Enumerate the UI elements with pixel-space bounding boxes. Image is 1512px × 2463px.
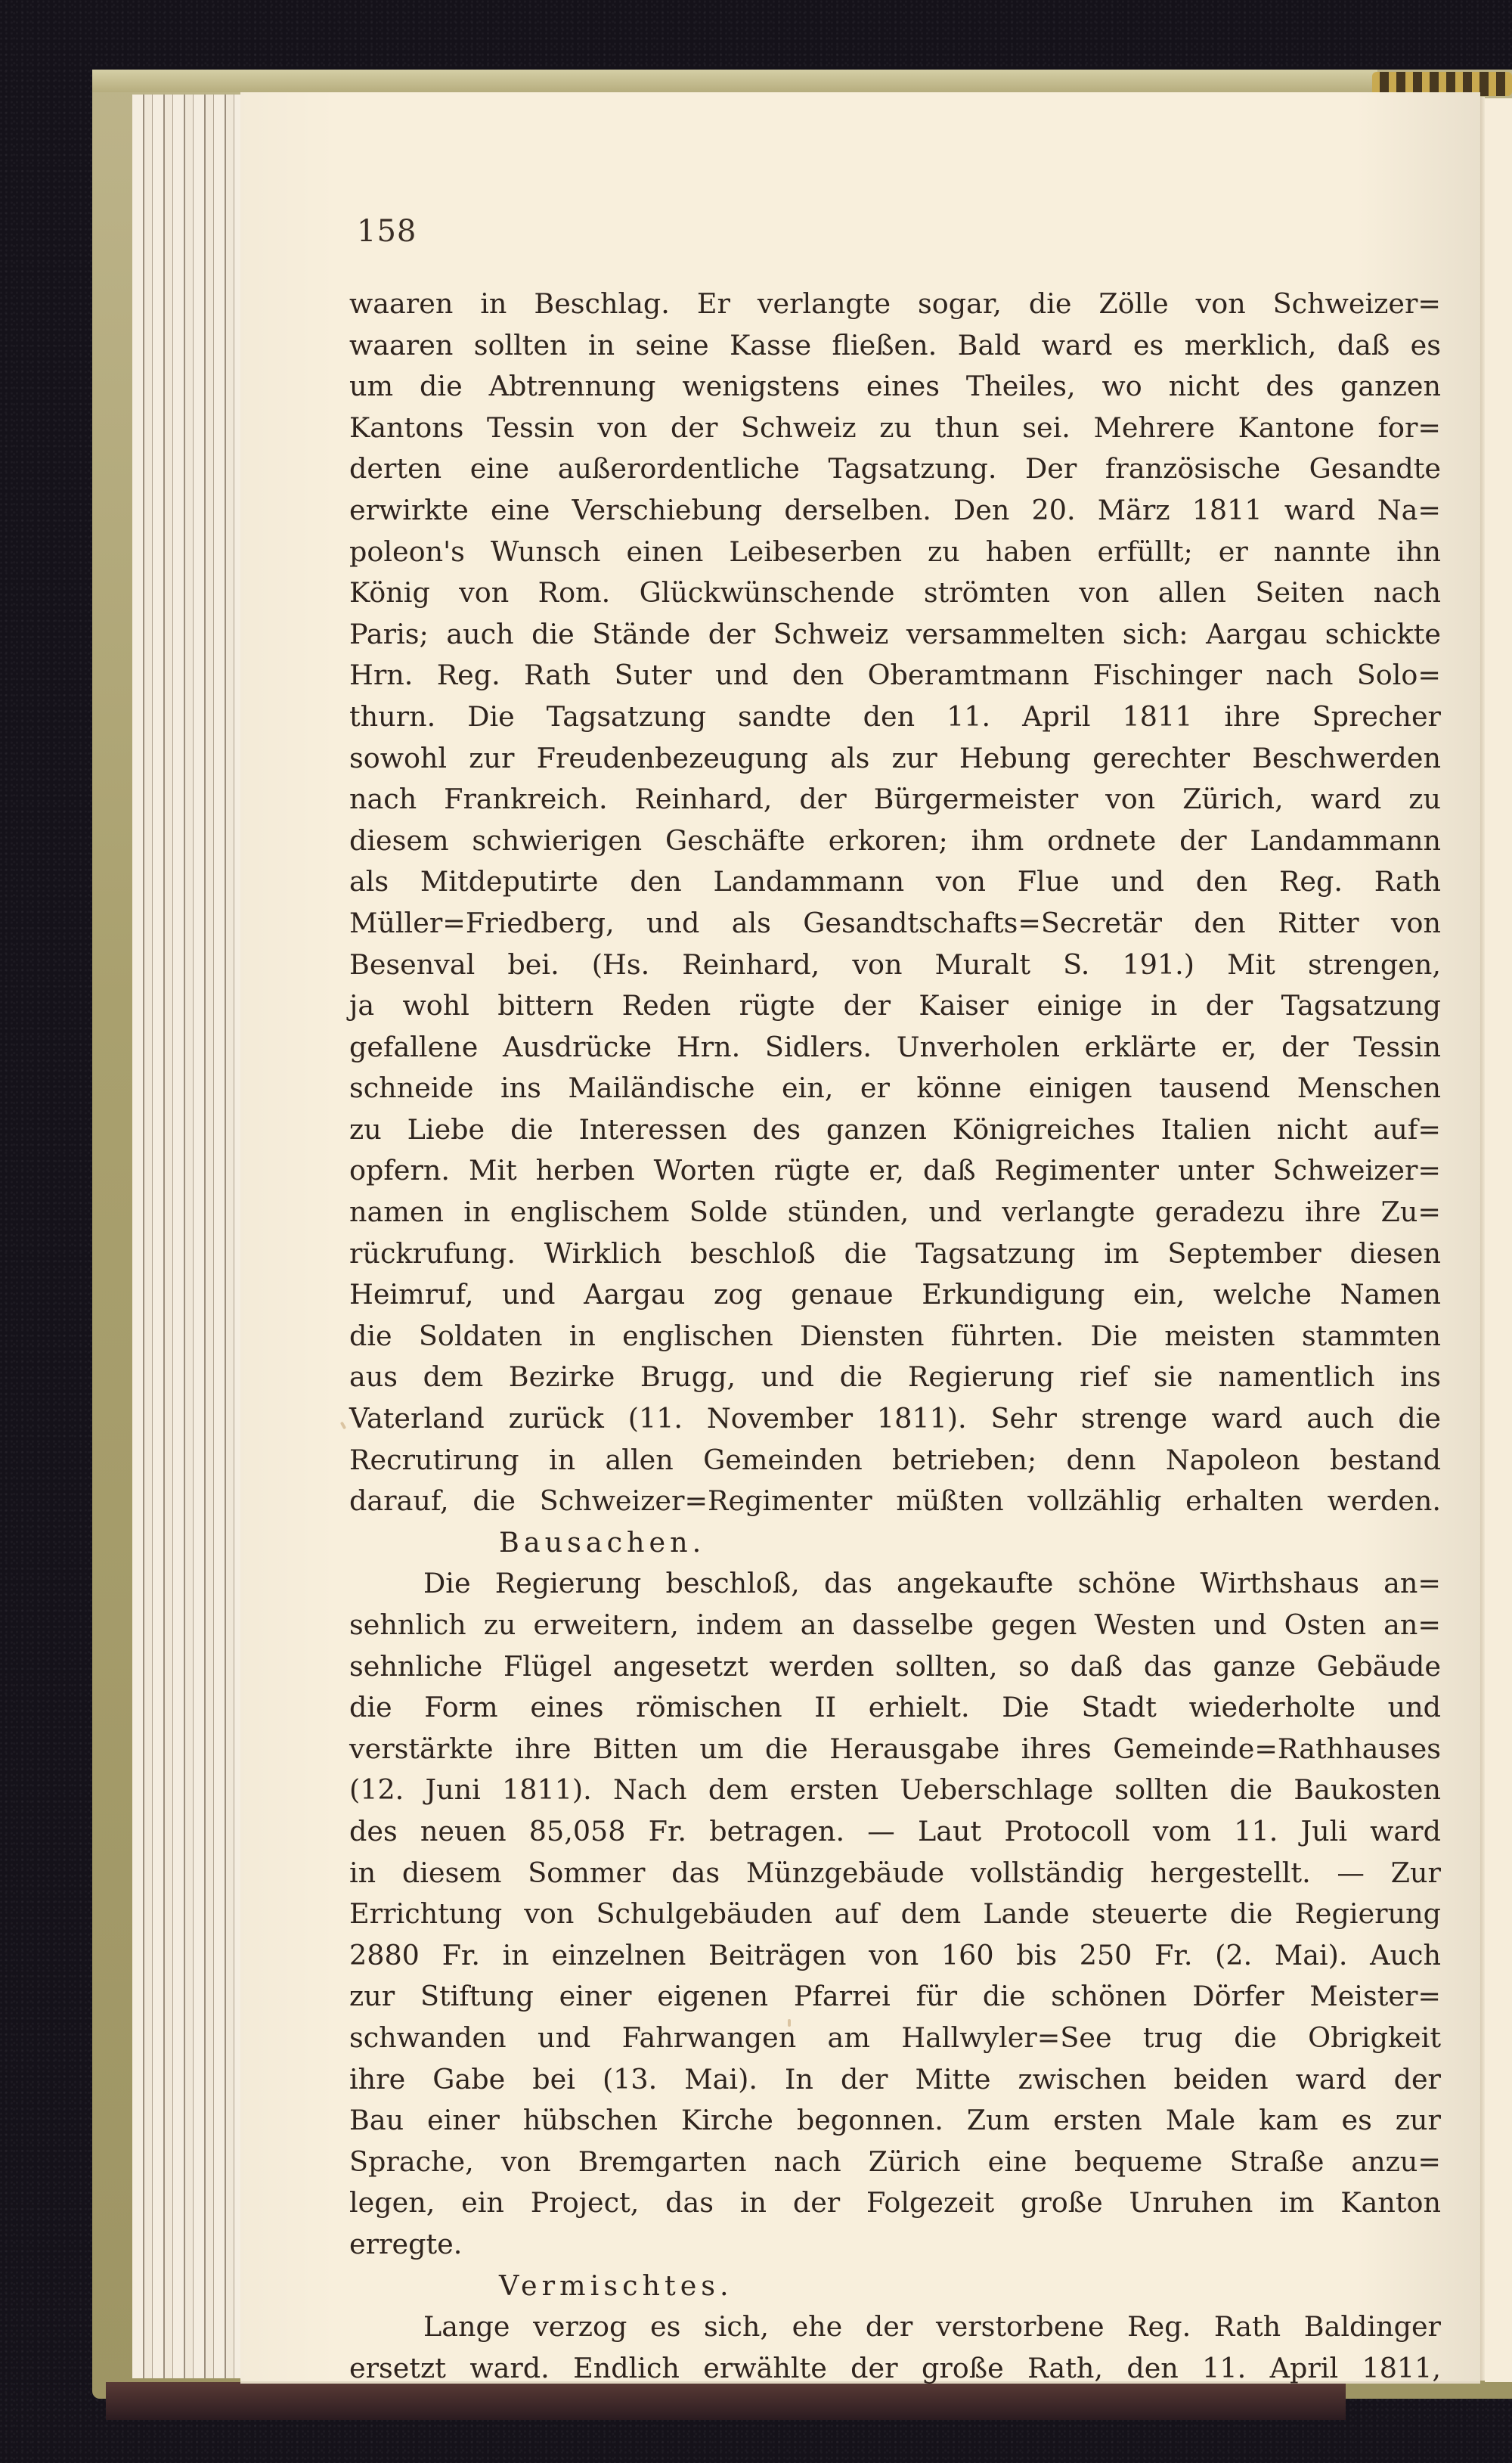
text-line: um die Abtrennung wenigstens eines Theil…	[349, 366, 1441, 408]
text-line: sowohl zur Freudenbezeugung als zur Hebu…	[349, 738, 1441, 780]
text-line: Errichtung von Schulgebäuden auf dem Lan…	[349, 1894, 1441, 1935]
text-line: nach Frankreich. Reinhard, der Bürgermei…	[349, 779, 1441, 820]
text-line: zu Liebe die Interessen des ganzen König…	[349, 1109, 1441, 1151]
section-heading-bausachen: Bausachen.	[349, 1522, 1441, 1564]
text-line: diesem schwierigen Geschäfte erkoren; ih…	[349, 820, 1441, 862]
text-line: ihre Gabe bei (13. Mai). In der Mitte zw…	[349, 2059, 1441, 2101]
text-line: Recrutirung in allen Gemeinden betrieben…	[349, 1440, 1441, 1481]
text-line: aus dem Bezirke Brugg, und die Regierung…	[349, 1357, 1441, 1398]
text-line: opfern. Mit herben Worten rügte er, daß …	[349, 1150, 1441, 1192]
text-line: verstärkte ihre Bitten um die Herausgabe…	[349, 1729, 1441, 1770]
text-line: schwanden und Fahrwangen am Hallwyler=Se…	[349, 2018, 1441, 2059]
text-line: gefallene Ausdrücke Hrn. Sidlers. Unverh…	[349, 1027, 1441, 1069]
text-line: legen, ein Project, das in der Folgezeit…	[349, 2182, 1441, 2224]
text-line: waaren sollten in seine Kasse fließen. B…	[349, 325, 1441, 367]
page-edges-stack	[132, 95, 242, 2378]
paper-stain	[788, 2019, 791, 2027]
text-line: zur Stiftung einer eigenen Pfarrei für d…	[349, 1976, 1441, 2018]
facing-page-edge	[1485, 98, 1512, 2382]
text-line: Hrn. Reg. Rath Suter und den Oberamtmann…	[349, 655, 1441, 696]
text-line: die Soldaten in englischen Diensten führ…	[349, 1316, 1441, 1357]
cover-top-edge	[92, 70, 1377, 92]
text-line: schneide ins Mailändische ein, er könne …	[349, 1068, 1441, 1109]
text-line: Lange verzog es sich, ehe der verstorben…	[349, 2306, 1441, 2348]
text-line: Die Regierung beschloß, das angekaufte s…	[349, 1563, 1441, 1605]
text-line: König von Rom. Glückwünschende strömten …	[349, 572, 1441, 614]
text-line: Sprache, von Bremgarten nach Zürich eine…	[349, 2142, 1441, 2183]
text-line: waaren in Beschlag. Er verlangte sogar, …	[349, 284, 1441, 325]
text-line: Heimruf, und Aargau zog genaue Erkundigu…	[349, 1274, 1441, 1316]
text-line: sehnlich zu erweitern, indem an dasselbe…	[349, 1605, 1441, 1646]
text-line: Besenval bei. (Hs. Reinhard, von Muralt …	[349, 945, 1441, 986]
text-line: als Mitdeputirte den Landammann von Flue…	[349, 861, 1441, 903]
text-line: Vaterland zurück (11. November 1811). Se…	[349, 1398, 1441, 1440]
text-line: poleon's Wunsch einen Leibeserben zu hab…	[349, 532, 1441, 573]
text-line: rückrufung. Wirklich beschloß die Tagsat…	[349, 1233, 1441, 1275]
text-line: Kantons Tessin von der Schweiz zu thun s…	[349, 408, 1441, 449]
text-line: erregte.	[349, 2224, 1441, 2266]
text-line: ersetzt ward. Endlich erwählte der große…	[349, 2348, 1441, 2390]
text-line: darauf, die Schweizer=Regimenter müßten …	[349, 1481, 1441, 1522]
text-line: sehnliche Flügel angesetzt werden sollte…	[349, 1646, 1441, 1688]
section-heading-vermischtes: Vermischtes.	[349, 2266, 1441, 2307]
text-line: ja wohl bittern Reden rügte der Kaiser e…	[349, 985, 1441, 1027]
text-line: (12. Juni 1811). Nach dem ersten Uebersc…	[349, 1770, 1441, 1811]
text-line: Müller=Friedberg, und als Gesandtschafts…	[349, 903, 1441, 945]
text-line: in diesem Sommer das Münzgebäude vollstä…	[349, 1853, 1441, 1894]
text-line: namen in englischem Solde stünden, und v…	[349, 1192, 1441, 1233]
text-line: derten eine außerordentliche Tagsatzung.…	[349, 448, 1441, 490]
page-body-text: waaren in Beschlag. Er verlangte sogar, …	[349, 284, 1441, 2389]
page-number: 158	[357, 214, 417, 249]
text-line: die Form eines römischen II erhielt. Die…	[349, 1687, 1441, 1729]
text-line: Paris; auch die Stände der Schweiz versa…	[349, 614, 1441, 656]
text-line: thurn. Die Tagsatzung sandte den 11. Apr…	[349, 696, 1441, 738]
text-line: Bau einer hübschen Kirche begonnen. Zum …	[349, 2100, 1441, 2142]
text-line: erwirkte eine Verschiebung derselben. De…	[349, 490, 1441, 532]
text-line: des neuen 85,058 Fr. betragen. — Laut Pr…	[349, 1811, 1441, 1853]
text-line: 2880 Fr. in einzelnen Beiträgen von 160 …	[349, 1935, 1441, 1977]
